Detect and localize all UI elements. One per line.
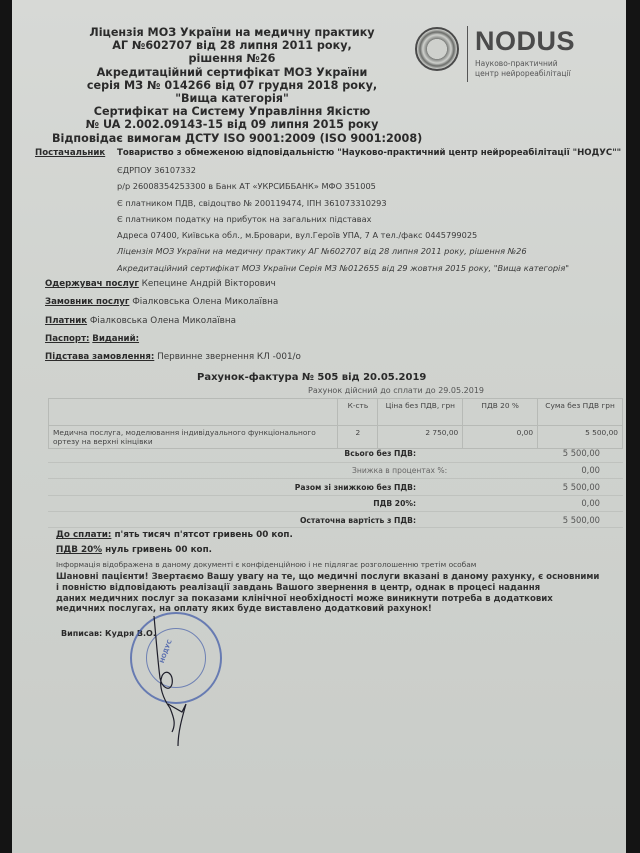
- notice-line: даних медичних послуг за показами клініч…: [56, 594, 616, 605]
- vat-total-value: 0,00: [581, 498, 600, 508]
- payer-value: Фіалковська Олена Миколаївна: [90, 316, 236, 326]
- customer-row: Замовник послуг Фіалковська Олена Микола…: [45, 297, 278, 307]
- confidential-note: Інформація відображена в даному документ…: [56, 560, 476, 569]
- issued-by-label: Виписав:: [61, 629, 102, 638]
- invoice-valid-until: Рахунок дійсний до сплати до 29.05.2019: [308, 386, 484, 395]
- supplier-label: Постачальник: [35, 148, 105, 158]
- license-header: Ліцензія МОЗ України на медичну практику…: [52, 26, 412, 145]
- amount-due-label: До сплати:: [56, 530, 111, 540]
- final-label: Остаточна вартість з ПДВ:: [300, 516, 416, 525]
- header-line: № UA 2.002.09143-15 від 09 липня 2015 ро…: [52, 118, 412, 131]
- after-discount-label: Разом зі знижкою без ПДВ:: [295, 483, 416, 492]
- supplier-license: Ліцензія МОЗ України на медичну практику…: [117, 243, 569, 259]
- totals-divider: [48, 527, 623, 528]
- notice-line: і повністю відповідають реалізації завда…: [56, 583, 616, 594]
- col-price: Ціна без ПДВ, грн: [378, 399, 463, 426]
- passport-label: Паспорт:: [45, 334, 90, 344]
- emblem-icon: [415, 27, 459, 71]
- vat-words-row: ПДВ 20% нуль гривень 00 коп.: [56, 545, 212, 555]
- logo-divider: [467, 26, 468, 82]
- item-price: 2 750,00: [378, 426, 463, 449]
- supplier-accreditation: Акредитаційний сертифікат МОЗ України Се…: [117, 260, 569, 276]
- item-sum: 5 500,00: [538, 426, 623, 449]
- subtotal-value: 5 500,00: [563, 448, 600, 458]
- vat-total-label: ПДВ 20%:: [373, 499, 416, 508]
- item-vat: 0,00: [463, 426, 538, 449]
- passport-row: Паспорт: Виданий:: [45, 334, 139, 344]
- supplier-name: Товариство з обмеженою відповідальністю …: [117, 148, 621, 158]
- supplier-address: Адреса 07400, Київська обл., м.Бровари, …: [117, 227, 569, 243]
- after-discount-value: 5 500,00: [563, 482, 600, 492]
- recipient-row: Одержувач послуг Кепецине Андрій Вікторо…: [45, 279, 276, 289]
- totals-divider: [48, 478, 623, 479]
- invoice-title: Рахунок-фактура № 505 від 20.05.2019: [197, 372, 426, 383]
- customer-label: Замовник послуг: [45, 297, 129, 307]
- header-line: Сертифікат на Систему Управління Якістю: [52, 105, 412, 118]
- supplier-vat: Є платником ПДВ, свідоцтво № 200119474, …: [117, 195, 569, 211]
- totals-divider: [48, 495, 623, 496]
- recipient-value: Кепецине Андрій Вікторович: [142, 279, 276, 289]
- header-line: АГ №602707 від 28 липня 2011 року,: [52, 39, 412, 52]
- totals-divider: [48, 511, 623, 512]
- logo-subtitle: Науково-практичний центр нейрореабілітац…: [475, 59, 571, 79]
- logo-name: NODUS: [475, 26, 575, 57]
- header-line: Відповідає вимогам ДСТУ ISO 9001:2009 (I…: [52, 132, 412, 145]
- supplier-tax: Є платником податку на прибуток на загал…: [117, 211, 569, 227]
- col-description: [49, 399, 338, 426]
- col-vat: ПДВ 20 %: [463, 399, 538, 426]
- header-line: серія МЗ № 014266 від 07 грудня 2018 рок…: [52, 79, 412, 92]
- supplier-details: ЄДРПОУ 36107332 р/р 26008354253300 в Бан…: [117, 162, 569, 276]
- totals-divider: [48, 462, 623, 463]
- signature-icon: [132, 608, 212, 748]
- header-line: "Вища категорія": [52, 92, 412, 105]
- payer-label: Платник: [45, 316, 87, 326]
- supplier-bank: р/р 26008354253300 в Банк АТ «УКРСИББАНК…: [117, 178, 569, 194]
- supplier-edrpou: ЄДРПОУ 36107332: [117, 162, 569, 178]
- customer-value: Фіалковська Олена Миколаївна: [132, 297, 278, 307]
- vat-words-label: ПДВ 20%: [56, 545, 102, 555]
- subtotal-label: Всього без ПДВ:: [344, 449, 416, 458]
- col-sum: Сума без ПДВ грн: [538, 399, 623, 426]
- recipient-label: Одержувач послуг: [45, 279, 139, 289]
- discount-value: 0,00: [581, 465, 600, 475]
- header-line: Акредитаційний сертифікат МОЗ України: [52, 66, 412, 79]
- payer-row: Платник Фіалковська Олена Миколаївна: [45, 316, 236, 326]
- basis-label: Підстава замовлення:: [45, 352, 154, 362]
- issued-label: Виданий:: [92, 334, 139, 344]
- amount-due-row: До сплати: п'ять тисяч п'ятсот гривень 0…: [56, 530, 293, 540]
- col-qty: К-сть: [338, 399, 378, 426]
- item-description: Медична послуга, моделювання індивідуаль…: [49, 426, 338, 449]
- vat-words: нуль гривень 00 коп.: [105, 545, 212, 555]
- header-line: Ліцензія МОЗ України на медичну практику: [52, 26, 412, 39]
- table-row: Медична послуга, моделювання індивідуаль…: [49, 426, 623, 449]
- basis-row: Підстава замовлення: Первинне звернення …: [45, 352, 301, 362]
- item-qty: 2: [338, 426, 378, 449]
- header-line: рішення №26: [52, 52, 412, 65]
- logo-subtitle-line: центр нейрореабілітації: [475, 69, 571, 79]
- logo-subtitle-line: Науково-практичний: [475, 59, 571, 69]
- nodus-logo: NODUS Науково-практичний центр нейрореаб…: [407, 20, 607, 80]
- final-value: 5 500,00: [563, 515, 600, 525]
- items-table: К-сть Ціна без ПДВ, грн ПДВ 20 % Сума бе…: [48, 398, 623, 449]
- invoice-paper: Ліцензія МОЗ України на медичну практику…: [12, 0, 626, 853]
- amount-due-words: п'ять тисяч п'ятсот гривень 00 коп.: [114, 530, 292, 540]
- table-header-row: К-сть Ціна без ПДВ, грн ПДВ 20 % Сума бе…: [49, 399, 623, 426]
- notice-line: Шановні пацієнти! Звертаємо Вашу увагу н…: [56, 572, 616, 583]
- basis-value: Первинне звернення КЛ -001/о: [157, 352, 301, 362]
